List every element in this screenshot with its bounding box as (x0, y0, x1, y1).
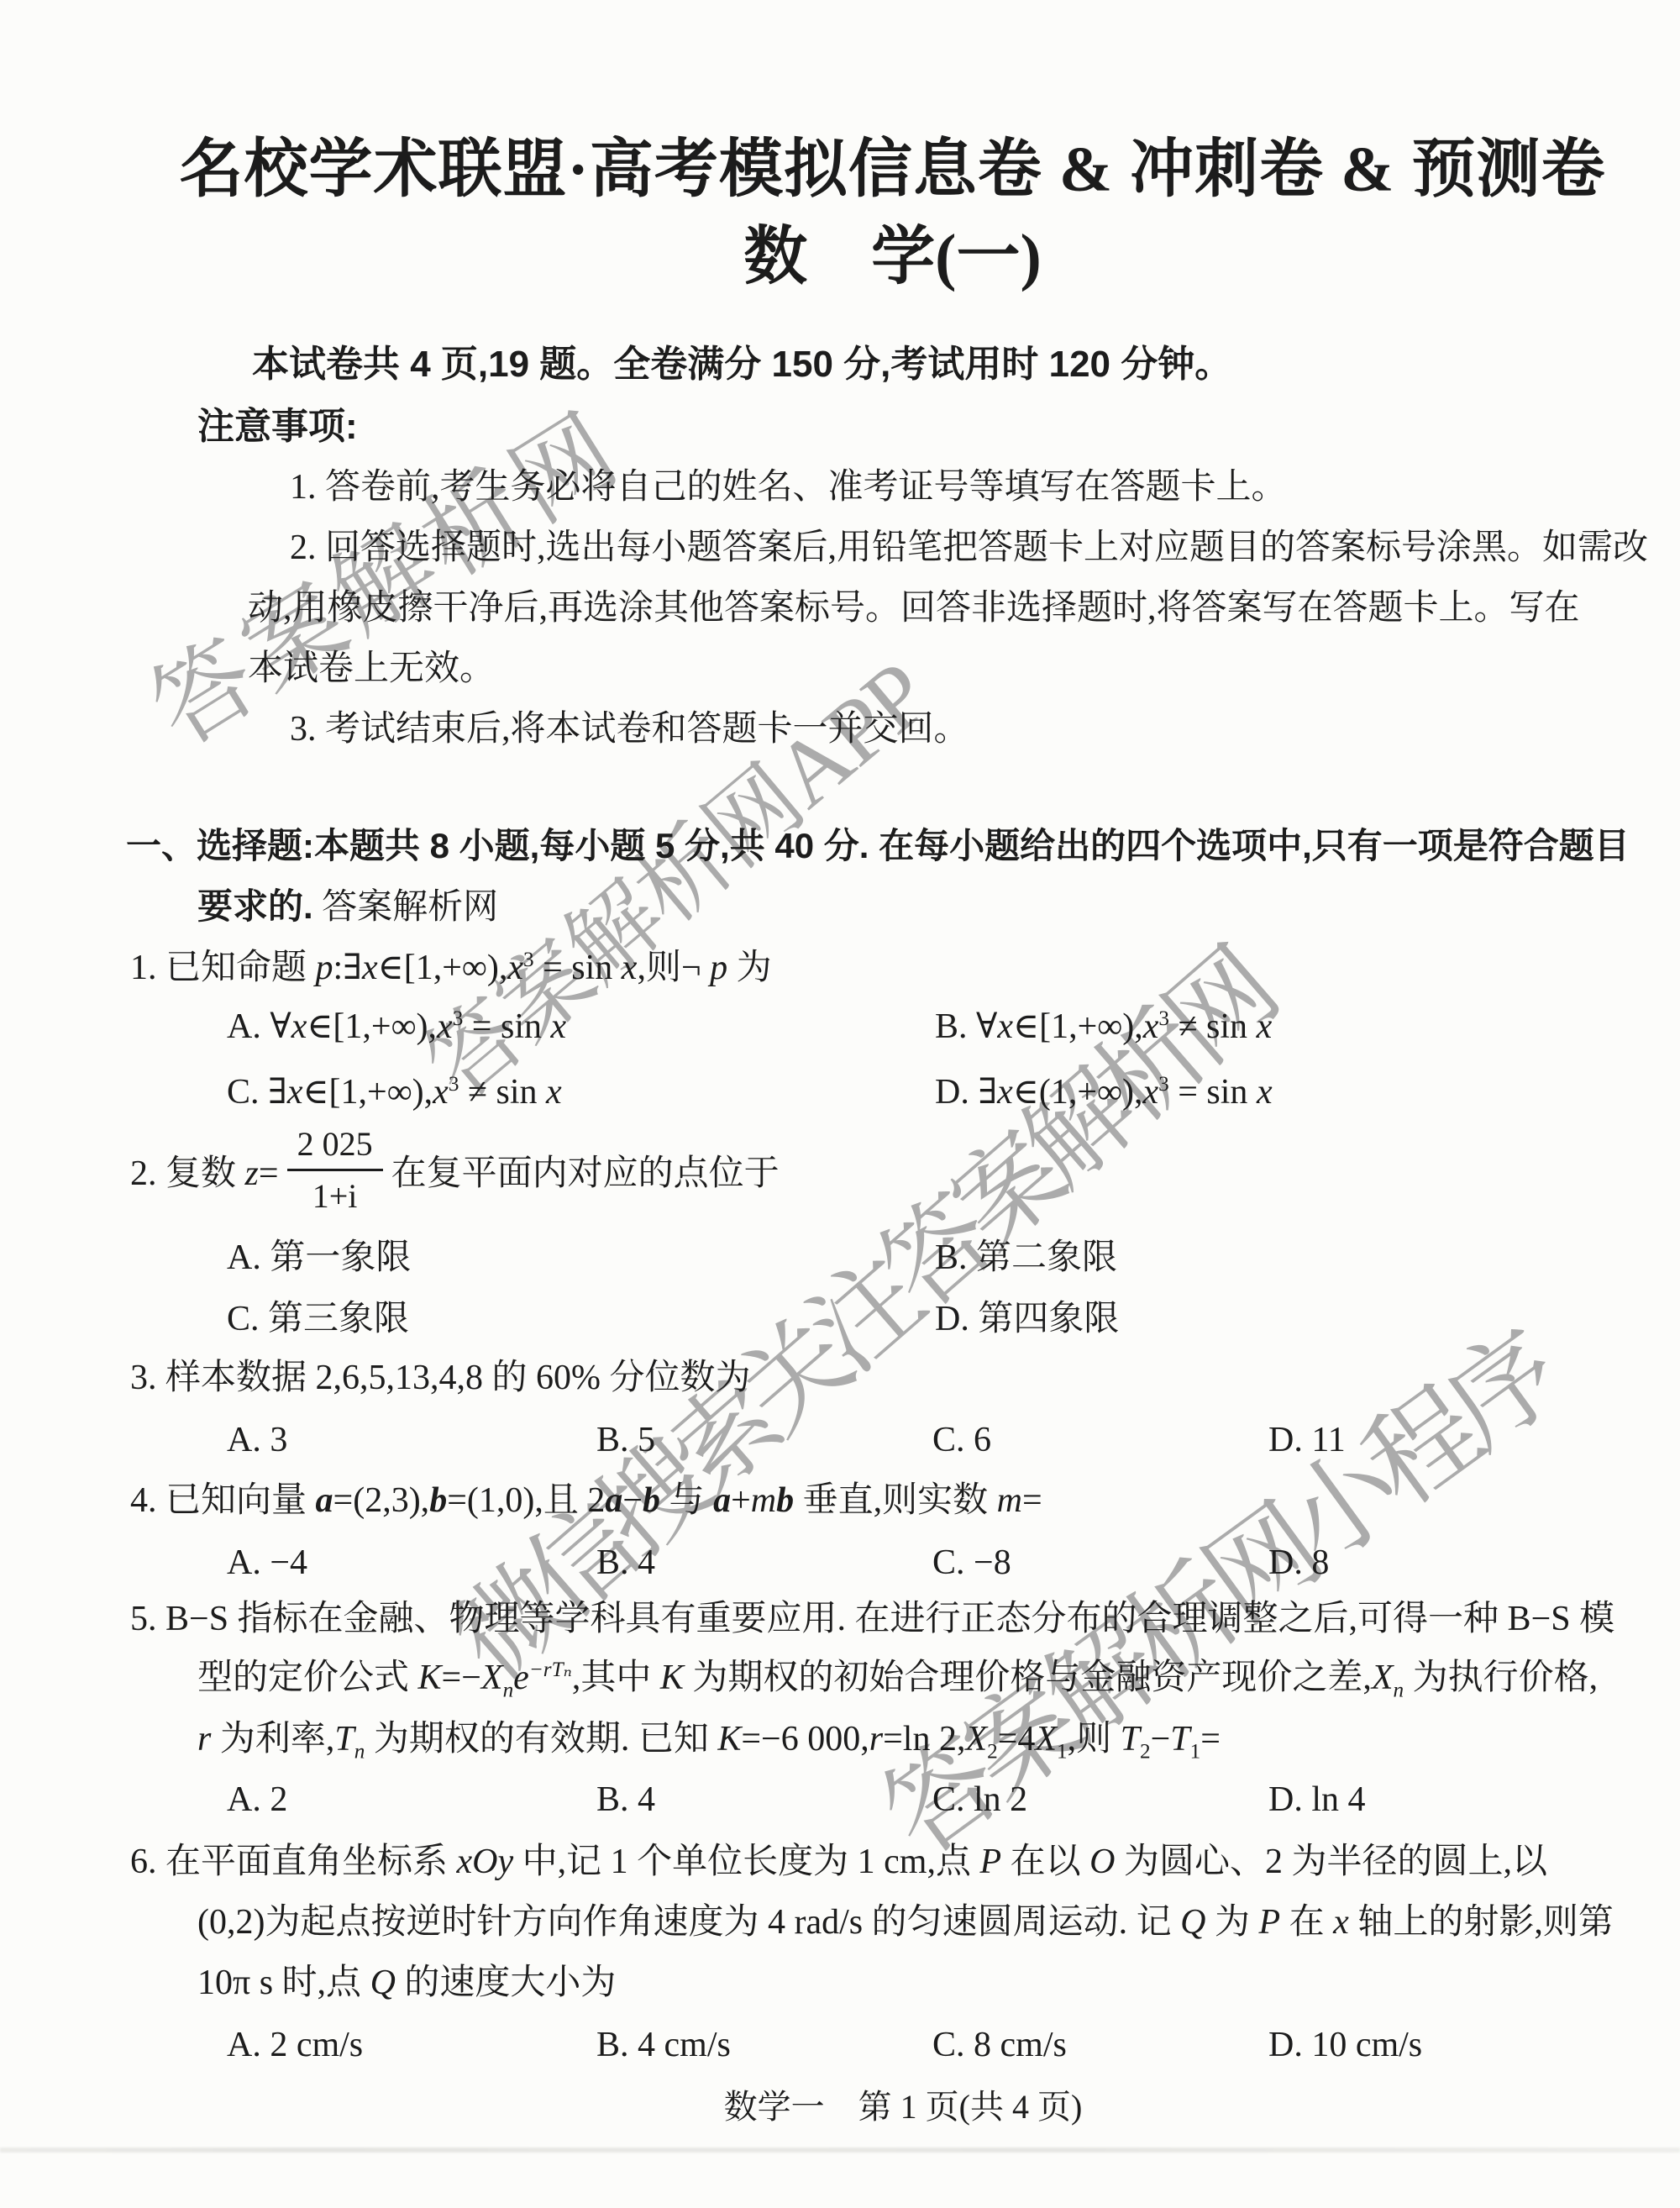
section-heading-line-2: 要求的. 答案解析网 (197, 886, 1680, 929)
question-6-line-1: 6. 在平面直角坐标系 xOy 中,记 1 个单位长度为 1 cm,点 P 在以… (130, 1842, 1680, 1884)
notice-heading: 注意事项: (197, 405, 1680, 449)
watermark-answer-site-app: 答案解析网APP (392, 624, 951, 1123)
notice-item-2-line-1: 2. 回答选择题时,选出每小题答案后,用铅笔把答题卡上对应题目的答案标号涂黑。如… (290, 528, 1680, 570)
question-4-statement: 4. 已知向量 a=(2,3),b=(1,0),且 2a−b 与 a+mb 垂直… (130, 1480, 1680, 1522)
fraction-denominator: 1+i (312, 1171, 358, 1216)
page-title: 名校学术联盟·高考模拟信息卷 & 冲刺卷 & 预测卷 (105, 133, 1680, 208)
question-1-option-c: C. ∃x∈[1,+∞),x3 ≠ sin x (227, 1072, 562, 1114)
question-5-line-2: 型的定价公式 K=−Xne−rTₙ,其中 K 为期权的初始合理价格与金融资产现价… (197, 1658, 1680, 1700)
question-5-option-d: D. ln 4 (1268, 1780, 1366, 1822)
exam-paper-page: 答案解析网 答案解析网APP 微信搜索关注答案解析网 答案解析网小程序 名校学术… (0, 0, 1680, 2208)
question-5-option-b: B. 4 (596, 1780, 655, 1822)
question-2-fraction: 2 025 1+i (287, 1124, 383, 1216)
scan-streak-artifact (0, 2148, 1680, 2153)
notice-item-2-line-2: 动,用橡皮擦干净后,再选涂其他答案标号。回答非选择题时,将答案写在答题卡上。写在 (248, 588, 1680, 630)
intro-line: 本试卷共 4 页,19 题。全卷满分 150 分,考试用时 120 分钟。 (252, 343, 1680, 386)
question-1-option-b: B. ∀x∈[1,+∞),x3 ≠ sin x (935, 1007, 1272, 1049)
page-footer: 数学一 第 1 页(共 4 页) (126, 2087, 1680, 2127)
question-1-option-a: A. ∀x∈[1,+∞),x3 = sin x (227, 1007, 566, 1049)
question-6-line-2: (0,2)为起点按逆时针方向作角速度为 4 rad/s 的匀速圆周运动. 记 Q… (197, 1902, 1680, 1944)
question-5-option-a: A. 2 (227, 1780, 287, 1822)
question-3-option-d: D. 11 (1268, 1420, 1346, 1462)
question-5-option-c: C. ln 2 (932, 1780, 1027, 1822)
question-4-option-c: C. −8 (932, 1543, 1011, 1585)
question-2-prefix: 2. 复数 z= (130, 1145, 279, 1196)
notice-item-3: 3. 考试结束后,将本试卷和答题卡一并交回。 (290, 709, 1680, 751)
question-3-option-c: C. 6 (932, 1420, 991, 1462)
question-3-option-b: B. 5 (596, 1420, 655, 1462)
question-3-option-a: A. 3 (227, 1420, 287, 1462)
question-2-option-a: A. 第一象限 (227, 1238, 411, 1280)
section-heading-site-note: 答案解析网 (322, 888, 498, 927)
question-4-option-b: B. 4 (596, 1543, 655, 1585)
question-2-option-b: B. 第二象限 (935, 1238, 1117, 1280)
question-6-option-d: D. 10 cm/s (1268, 2025, 1422, 2067)
question-1-option-d: D. ∃x∈(1,+∞),x3 = sin x (935, 1072, 1273, 1114)
question-4-option-d: D. 8 (1268, 1543, 1329, 1585)
question-6-line-3: 10π s 时,点 Q 的速度大小为 (197, 1963, 1680, 2005)
question-4-option-a: A. −4 (227, 1543, 307, 1585)
question-3-statement: 3. 样本数据 2,6,5,13,4,8 的 60% 分位数为 (130, 1358, 1680, 1400)
question-2-option-c: C. 第三象限 (227, 1299, 409, 1341)
section-heading-requirement: 要求的. (197, 886, 313, 926)
notice-item-2-line-3: 本试卷上无效。 (248, 649, 1680, 691)
question-2-suffix: 在复平面内对应的点位于 (391, 1145, 780, 1196)
question-5-line-1: 5. B−S 指标在金融、物理等学科具有重要应用. 在进行正态分布的合理调整之后… (130, 1599, 1680, 1641)
page-subtitle: 数 学(一) (105, 220, 1680, 296)
question-2-statement: 2. 复数 z= 2 025 1+i 在复平面内对应的点位于 (130, 1124, 780, 1216)
question-6-option-c: C. 8 cm/s (932, 2025, 1067, 2067)
question-2-option-d: D. 第四象限 (935, 1299, 1119, 1341)
fraction-numerator: 2 025 (287, 1124, 383, 1171)
section-heading-line-1: 一、选择题:本题共 8 小题,每小题 5 分,共 40 分. 在每小题给出的四个… (126, 825, 1680, 867)
notice-item-1: 1. 答卷前,考生务必将自己的姓名、准考证号等填写在答题卡上。 (290, 467, 1680, 509)
question-1-statement: 1. 已知命题 p:∃x∈[1,+∞),x3 = sin x,则¬ p 为 (130, 948, 1680, 990)
question-5-line-3: r 为利率,Tn 为期权的有效期. 已知 K=−6 000,r=ln 2,X2=… (197, 1719, 1680, 1761)
question-6-option-b: B. 4 cm/s (596, 2025, 731, 2067)
question-6-option-a: A. 2 cm/s (227, 2025, 363, 2067)
